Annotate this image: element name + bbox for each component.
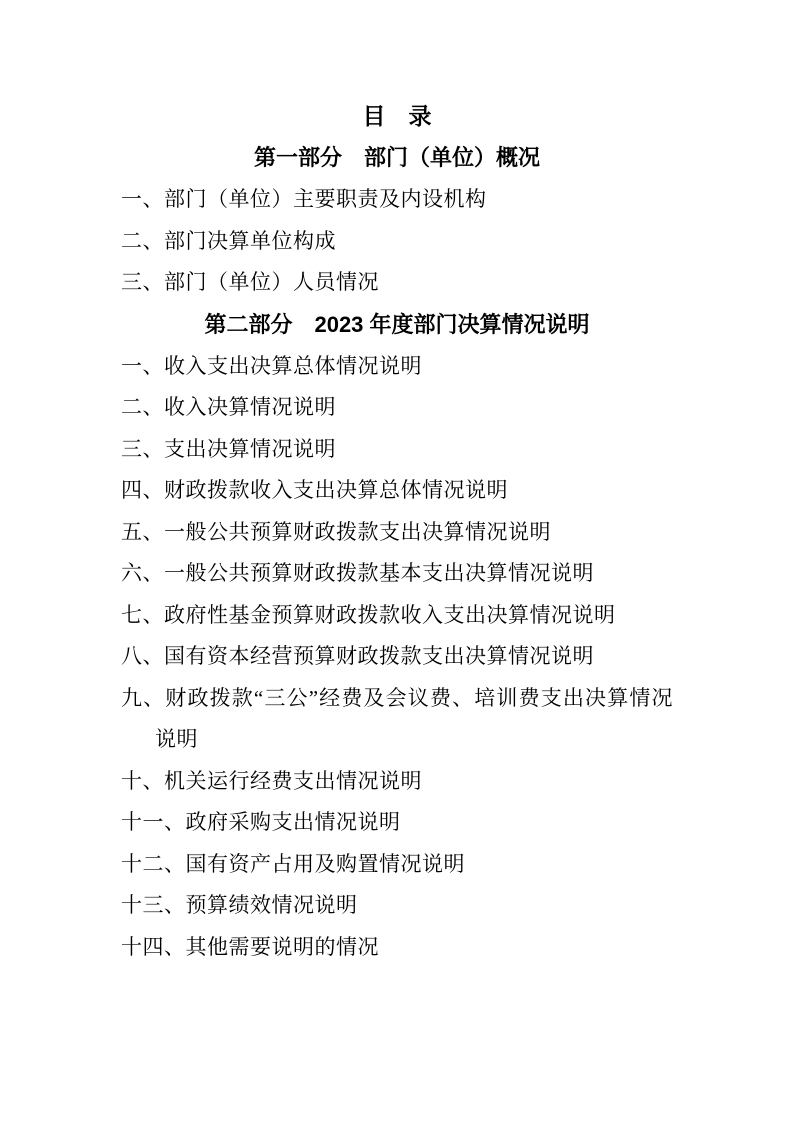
toc-item: 七、政府性基金预算财政拨款收入支出决算情况说明 bbox=[121, 595, 673, 637]
toc-item: 十、机关运行经费支出情况说明 bbox=[121, 761, 673, 803]
toc-item: 一、部门（单位）主要职责及内设机构 bbox=[121, 179, 673, 221]
toc-item: 九、财政拨款“三公”经费及会议费、培训费支出决算情况说明 bbox=[121, 678, 673, 761]
toc-item: 二、收入决算情况说明 bbox=[121, 387, 673, 429]
toc-item: 三、部门（单位）人员情况 bbox=[121, 262, 673, 304]
toc-item: 十三、预算绩效情况说明 bbox=[121, 885, 673, 927]
toc-item: 二、部门决算单位构成 bbox=[121, 221, 673, 263]
document-page: 目 录 第一部分 部门（单位）概况 一、部门（单位）主要职责及内设机构 二、部门… bbox=[0, 0, 793, 1122]
toc-item: 一、收入支出决算总体情况说明 bbox=[121, 346, 673, 388]
toc-item: 六、一般公共预算财政拨款基本支出决算情况说明 bbox=[121, 553, 673, 595]
toc-item: 四、财政拨款收入支出决算总体情况说明 bbox=[121, 470, 673, 512]
part-1-heading: 第一部分 部门（单位）概况 bbox=[121, 137, 673, 179]
toc-item: 十四、其他需要说明的情况 bbox=[121, 927, 673, 969]
toc-title: 目 录 bbox=[121, 95, 673, 137]
toc-item: 十二、国有资产占用及购置情况说明 bbox=[121, 844, 673, 886]
part-2-heading: 第二部分 2023 年度部门决算情况说明 bbox=[121, 304, 673, 346]
toc-item: 三、支出决算情况说明 bbox=[121, 429, 673, 471]
toc-item: 五、一般公共预算财政拨款支出决算情况说明 bbox=[121, 512, 673, 554]
toc-item: 八、国有资本经营预算财政拨款支出决算情况说明 bbox=[121, 636, 673, 678]
toc-item: 十一、政府采购支出情况说明 bbox=[121, 802, 673, 844]
